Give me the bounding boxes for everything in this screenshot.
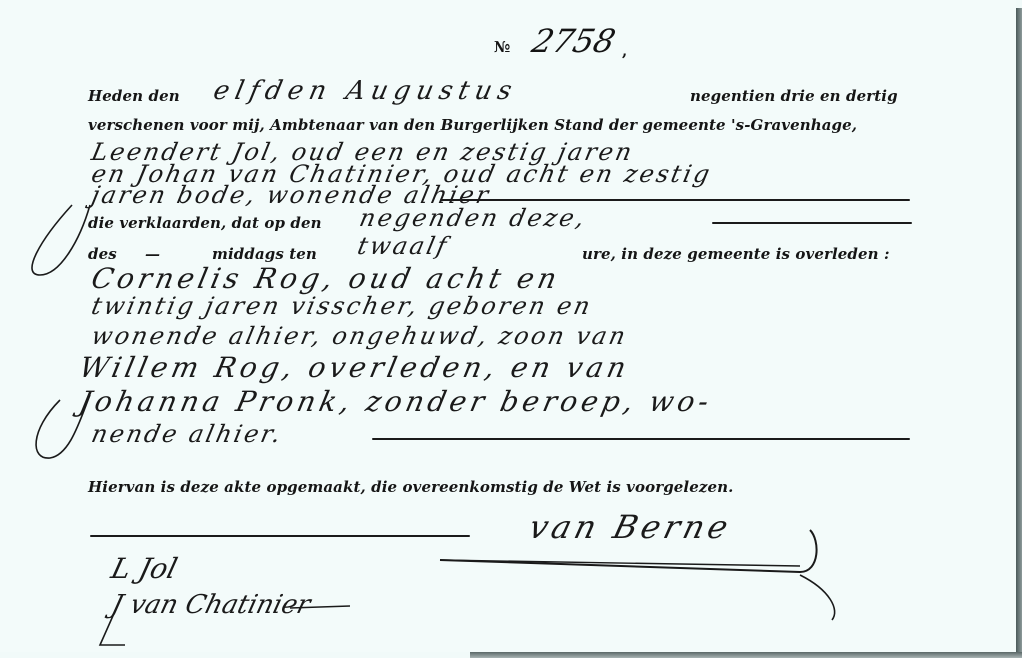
scan-edge-shadow-bottom [470, 652, 1022, 658]
scanned-document-page: № 2758 , Heden den elfden Augustus negen… [0, 0, 1016, 652]
handwriting-flourishes [0, 0, 1022, 658]
scan-edge-shadow-right [1016, 8, 1022, 658]
